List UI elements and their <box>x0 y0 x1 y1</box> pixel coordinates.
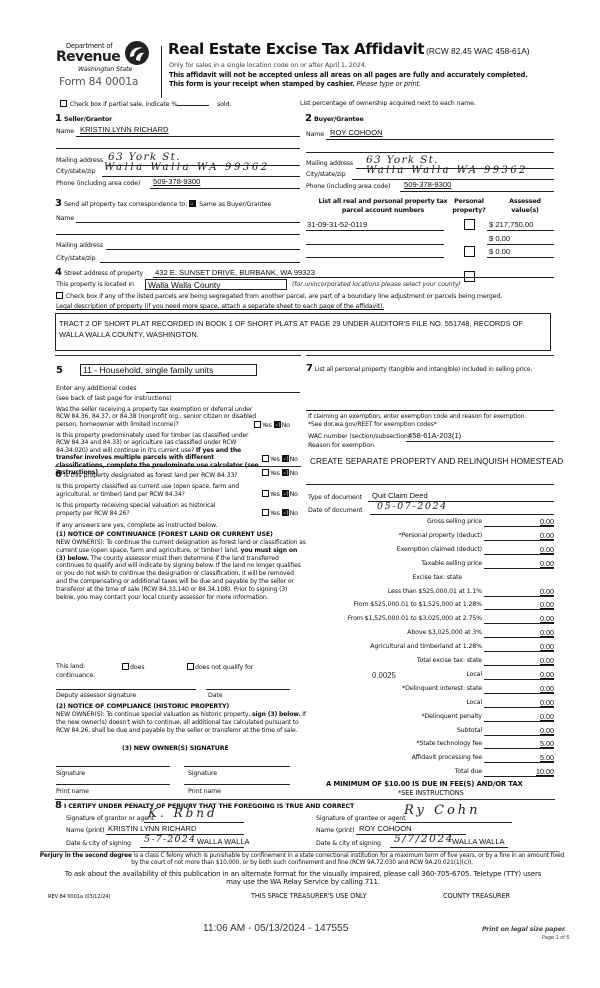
exemption-no-checkbox[interactable] <box>274 421 281 428</box>
deputy-signature-field[interactable] <box>56 689 196 690</box>
tax-row: Subtotal0.00 <box>300 727 560 737</box>
revenue-swirl-icon <box>124 40 150 66</box>
partial-sale-sold: sold. <box>217 101 231 108</box>
new-owner-signature-1[interactable] <box>56 766 170 767</box>
correspondence-name-label: Name <box>56 215 74 223</box>
timber-no-checkbox[interactable] <box>282 455 289 462</box>
grantor-signature-field[interactable]: K. Rbnd <box>148 806 218 820</box>
same-as-buyer-checkbox[interactable] <box>189 200 196 207</box>
yes-label: Yes <box>270 510 280 517</box>
new-owner-print-1[interactable] <box>56 784 170 785</box>
historic-question: Is this property receiving special valua… <box>56 502 236 517</box>
recording-stamp: 11:06 AM - 05/13/2024 - 147555 <box>203 923 348 935</box>
additional-codes-label: Enter any additional codes <box>56 385 136 393</box>
forest-yes-checkbox[interactable] <box>262 469 269 476</box>
tax-row: Total excise tax: state0.00 <box>300 657 560 667</box>
no-label: No <box>290 470 298 477</box>
seller-phone-label: Phone (including area code) <box>56 180 140 188</box>
grantor-name-field[interactable]: KRISTIN LYNN RICHARD <box>108 824 196 833</box>
tax-row-label: Excise tax: state <box>412 574 462 582</box>
does-not-option: does not qualify for <box>187 663 253 672</box>
use-code-value: 11 - Household, single family units <box>83 365 213 375</box>
correspondence-mailing-field[interactable] <box>106 249 300 250</box>
tax-row-value[interactable]: 0.00 <box>540 657 554 666</box>
minimum-note: A MINIMUM OF $10.00 IS DUE IN FEE(S) AND… <box>326 780 523 788</box>
legal-description-text: TRACT 2 OF SHORT PLAT RECORDED IN BOOK 1… <box>59 318 546 340</box>
wac-label: WAC number (section/subsection) <box>308 433 410 441</box>
seller-heading: 1 Seller/Grantor <box>55 113 112 125</box>
notice1-text: NEW OWNER(S): To continue the current de… <box>56 539 306 601</box>
subtitle-line3: This form is your receipt when stamped b… <box>169 80 421 88</box>
reason-label: Reason for exemption <box>308 442 374 450</box>
new-owner-signature-2[interactable] <box>184 766 290 767</box>
additional-codes-note: (see back of last page for instructions) <box>56 395 172 403</box>
property-address-field[interactable]: 432 E. SUNSET DRIVE, BURBANK, WA 99323 <box>155 268 315 277</box>
signature-label-2: Signature <box>188 770 217 778</box>
doc-date-field[interactable]: 05-07-2024 <box>377 501 448 512</box>
subtitle-receipt: This form is your receipt when stamped b… <box>169 80 354 88</box>
tax-row: Agricultural and timberland at 1.28%0.00 <box>300 643 560 653</box>
tax-row-label: Subtotal <box>457 727 482 735</box>
form-citation: (RCW 82.45 WAC 458-61A) <box>426 46 529 56</box>
tax-row-label: Less than $525,000.01 at 1.1% <box>388 588 482 596</box>
current-use-question: Is this property classified as current u… <box>56 483 246 498</box>
parcel-row: 31-09-31-52-0119$ 217,750.00 <box>0 0 600 13</box>
tax-row-label: Agricultural and timberland at 1.28% <box>370 643 482 651</box>
tax-row: Affidavit processing fee5.00 <box>300 754 560 764</box>
tax-row-value[interactable]: 0.00 <box>540 685 554 694</box>
section-number-6: 6 <box>55 469 62 480</box>
grantor-signature-label: Signature of grantor or agent <box>66 815 154 823</box>
parcel-row: $ 0.00 <box>0 13 600 26</box>
tax-row: Exemption claimed (deduct)0.00 <box>300 546 560 556</box>
personal-property-checkbox[interactable] <box>464 246 475 257</box>
personal-property-header: Personal property? <box>452 198 486 215</box>
print-legal-note: Print on legal size paper. <box>482 926 566 934</box>
personal-property-checkbox[interactable] <box>464 219 475 230</box>
dor-logo: Department of Revenue Washington State F… <box>56 40 154 96</box>
assessed-value-field[interactable]: $ 0.00 <box>489 234 510 243</box>
agency-state: Washington State <box>78 66 132 74</box>
additional-codes-field[interactable] <box>146 392 300 393</box>
timber-yes-no: Yes No <box>262 455 298 464</box>
exemption-yes-no: Yes No <box>254 421 290 430</box>
county-value: Walla Walla County <box>148 280 220 290</box>
legal-description-label: Legal description of property (if you ne… <box>56 303 384 311</box>
segregated-checkbox[interactable] <box>56 292 63 299</box>
personal-property-row: 7 List all personal property (tangible a… <box>306 365 554 373</box>
subtitle-line1: Only for sales in a single location code… <box>169 62 367 70</box>
new-owner-print-2[interactable] <box>184 784 290 785</box>
tax-row-value[interactable]: 5.00 <box>540 740 554 749</box>
deputy-date-field[interactable] <box>206 689 290 690</box>
correspondence-name-field[interactable] <box>76 222 300 223</box>
yes-label: Yes <box>262 422 272 429</box>
see-instructions: *SEE INSTRUCTIONS <box>398 789 464 797</box>
forest-no-checkbox[interactable] <box>282 469 289 476</box>
yes-label: Yes <box>270 456 280 463</box>
notice1-title: (1) NOTICE OF CONTINUANCE (FOREST LAND O… <box>56 531 273 539</box>
segregated-row: Check box if any of the listed parcels a… <box>56 292 502 301</box>
section-number-7: 7 <box>306 363 313 374</box>
tax-row-value[interactable]: 5.00 <box>540 754 554 763</box>
seller-name-label: Name <box>56 128 74 136</box>
form-title-row: Real Estate Excise Tax Affidavit (RCW 82… <box>168 40 530 58</box>
tax-row-value[interactable]: 0.00 <box>540 588 554 597</box>
correspondence-city-label: City/state/zip <box>56 255 96 263</box>
partial-sale-percent-field[interactable] <box>177 105 209 106</box>
parcel-number-field[interactable]: 31-09-31-52-0119 <box>307 220 367 229</box>
tax-row-label: From $1,525,000.01 to $3,025,000 at 2.75… <box>348 615 482 623</box>
exemption-note: If claiming an exemption, enter exemptio… <box>308 413 538 430</box>
current-use-no-checkbox[interactable] <box>282 490 289 497</box>
alt-format-notice: To ask about the availability of this pu… <box>58 871 548 886</box>
tax-row-value[interactable]: 0.00 <box>540 727 554 736</box>
grantor-date-label: Date & city of signing <box>66 840 131 848</box>
legal-description-field[interactable]: TRACT 2 OF SHORT PLAT RECORDED IN BOOK 1… <box>55 313 551 351</box>
perjury-bold: Perjury in the second degree <box>40 853 132 859</box>
county-select[interactable]: Walla Walla County <box>145 279 287 290</box>
notice2-text: NEW OWNER(S): To continue special valuat… <box>56 711 306 734</box>
seller-city-label: City/state/zip <box>56 168 96 176</box>
forest-question: Is this property designated as forest la… <box>64 472 238 479</box>
tax-row-label: From $525,000.01 to $1,525,000 at 1.28% <box>353 601 482 609</box>
tax-row-value[interactable]: 0.00 <box>540 643 554 652</box>
buyer-mailing-label: Mailing address <box>306 160 353 168</box>
personal-property-label: List all personal property (tangible and… <box>315 366 533 373</box>
tax-row-value[interactable]: 0.00 <box>540 713 554 722</box>
buyer-phone-label: Phone (including area code) <box>306 183 390 191</box>
notice1-text-b: The county assessor must then determine … <box>56 555 301 601</box>
grantor-date-field[interactable]: 5-7-2024 <box>144 834 196 845</box>
tax-row-label: Above $3,025,000 at 3% <box>407 629 482 637</box>
tax-row-label: *Delinquent interest: state <box>402 685 482 693</box>
assessed-value-field[interactable]: $ 0.00 <box>489 247 510 256</box>
does-option: does <box>122 663 144 672</box>
tax-row-value[interactable]: 0.00 <box>540 699 554 708</box>
no-label: No <box>282 422 290 429</box>
buyer-city-label: City/state/zip <box>306 171 346 179</box>
header-divider <box>161 46 162 98</box>
assessed-value-field[interactable]: $ 217,750.00 <box>489 220 533 229</box>
tax-row-label: Local <box>466 699 482 707</box>
personal-property-field[interactable] <box>306 410 554 411</box>
historic-yes-checkbox[interactable] <box>262 509 269 516</box>
current-use-yes-checkbox[interactable] <box>262 490 269 497</box>
no-label: No <box>290 510 298 517</box>
historic-yes-no: Yes No <box>262 509 298 518</box>
tax-row-value[interactable]: 0.00 <box>540 560 554 569</box>
yes-label: Yes <box>270 470 280 477</box>
notice3-title: (3) NEW OWNER(S) SIGNATURE <box>122 745 229 753</box>
tax-row-label: *State technology fee <box>416 740 482 748</box>
doc-type-field[interactable]: Quit Claim Deed <box>372 491 428 500</box>
tax-row: Gross selling price0.00 <box>300 518 560 528</box>
tax-row-label: *Delinquent penalty <box>421 713 482 721</box>
segregated-label: Check box if any of the listed parcels a… <box>66 293 502 300</box>
subtitle-type-print: Please type or print. <box>356 80 421 88</box>
county-treasurer-label: COUNTY TREASURER <box>443 893 510 901</box>
print-name-label-1: Print name <box>56 788 89 796</box>
assessed-header: Assessed value(s) <box>500 198 550 215</box>
buyer-phone-field[interactable]: 509-378-9300 <box>404 180 451 189</box>
partial-sale-row: Check box if partial sale, indicate % so… <box>60 100 231 109</box>
tax-row-value[interactable]: 0.00 <box>540 601 554 610</box>
buyer-name-label: Name <box>306 131 324 139</box>
notice2-text-bold: sign (3) below. <box>252 711 301 718</box>
located-in-label: This property is located in <box>56 281 134 289</box>
section-number-1: 1 <box>55 113 62 124</box>
tax-row: *Delinquent interest: state0.00 <box>300 685 560 695</box>
grantee-date-field[interactable]: 5/7/2024 <box>394 833 454 846</box>
parcel-header: List all real and personal property tax … <box>308 198 458 215</box>
tax-row: Excise tax: state <box>300 574 560 584</box>
buyer-heading: 2 Buyer/Grantee <box>305 113 364 125</box>
subtitle-line2: This affidavit will not be accepted unle… <box>169 71 528 79</box>
no-label: No <box>290 491 298 498</box>
grantee-city-field[interactable]: WALLA WALLA <box>452 837 505 846</box>
tax-row: Local0.00 <box>300 699 560 709</box>
buyer-heading-label: Buyer/Grantee <box>314 116 364 123</box>
tax-row-value[interactable]: 0.00 <box>540 671 554 680</box>
tax-row-label: *Personal property (deduct) <box>398 532 482 540</box>
grantee-signature-label: Signature of grantee or agent <box>316 815 405 823</box>
timber-yes-checkbox[interactable] <box>262 455 269 462</box>
does-label: does <box>130 664 144 671</box>
tax-row: Above $3,025,000 at 3%0.00 <box>300 629 560 639</box>
doc-date-label: Date of document <box>308 507 363 515</box>
local-rate-value: 0.0025 <box>372 671 396 680</box>
tax-row: *Personal property (deduct)0.00 <box>300 532 560 542</box>
agency-name: Revenue <box>56 49 120 66</box>
tax-row-value[interactable]: 10.00 <box>536 768 554 777</box>
tax-row-label: Exemption claimed (deduct) <box>397 546 482 554</box>
partial-sale-label: Check box if partial sale, indicate % <box>70 101 177 108</box>
partial-sale-checkbox[interactable] <box>60 100 67 107</box>
does-checkbox[interactable] <box>122 663 129 670</box>
tax-row-label: Local <box>466 671 482 679</box>
historic-no-checkbox[interactable] <box>282 509 289 516</box>
buyer-name-field[interactable]: ROY COHOON <box>330 128 383 137</box>
tax-row: Local0.000.0025 <box>300 671 560 681</box>
signature-label-1: Signature <box>56 770 85 778</box>
doc-type-label: Type of document <box>308 494 362 502</box>
tax-row: From $525,000.01 to $1,525,000 at 1.28%0… <box>300 601 560 611</box>
same-as-buyer-label: Same as Buyer/Grantee <box>199 201 271 208</box>
does-not-checkbox[interactable] <box>187 663 194 670</box>
notice2-title: (2) NOTICE OF COMPLIANCE (HISTORIC PROPE… <box>56 703 229 711</box>
this-land-label: This land: <box>56 663 85 671</box>
if-yes-note: If any answers are yes, complete as inst… <box>56 522 217 530</box>
grantee-name-field[interactable]: ROY COHOON <box>359 824 412 833</box>
county-note: (for unincorporated locations please sel… <box>292 281 461 289</box>
tax-row: Taxable selling price0.00 <box>300 560 560 570</box>
deputy-signature-label: Deputy assessor signature <box>56 692 136 700</box>
tax-row-label: Total excise tax: state <box>417 657 482 665</box>
no-label: No <box>290 456 298 463</box>
tax-row-label: Gross selling price <box>427 518 482 526</box>
tax-row-value[interactable]: 0.00 <box>540 546 554 555</box>
form-number: Form 84 0001a <box>59 76 138 89</box>
grantee-date-label: Date & city of signing <box>316 840 381 848</box>
seller-city-field[interactable]: Walla Walla WA 99362 <box>104 162 270 174</box>
seller-name-field[interactable]: KRISTIN LYNN RICHARD <box>80 125 168 134</box>
correspondence-label: Send all property tax correspondence to: <box>64 201 187 208</box>
forest-question-row: 6 Is this property designated as forest … <box>55 469 238 481</box>
revision-label: REV 84 0001a (03/12/24) <box>48 894 110 900</box>
section-number-5: 5 <box>56 365 63 377</box>
perjury-text: is a class C felony which is punishable … <box>131 853 564 866</box>
tax-row-value[interactable]: 0.00 <box>540 532 554 541</box>
perjury-notice: Perjury in the second degree is a class … <box>38 853 566 867</box>
section-number-8: 8 <box>55 800 62 811</box>
tax-row-value[interactable]: 0.00 <box>540 629 554 638</box>
current-use-yes-no: Yes No <box>262 490 298 499</box>
exemption-question: Was the seller receiving a property tax … <box>56 406 262 428</box>
property-address-row: 4 Street address of property <box>55 267 143 279</box>
print-name-label-2: Print name <box>188 788 221 796</box>
ownership-note: List percentage of ownership acquired ne… <box>300 100 476 108</box>
seller-phone-field[interactable]: 509-378-9300 <box>153 177 200 186</box>
property-address-label: Street address of property <box>64 270 143 277</box>
grantee-signature-field[interactable]: Ry Cohn <box>404 803 481 819</box>
wac-field[interactable]: 458-61A-203(1) <box>408 431 461 440</box>
reason-field[interactable]: CREATE SEPARATE PROPERTY AND RELINQUISH … <box>310 457 563 467</box>
tax-row: *State technology fee5.00 <box>300 740 560 750</box>
tax-row-value[interactable]: 0.00 <box>540 518 554 527</box>
section-number-2: 2 <box>305 113 312 124</box>
grantee-name-label: Name (print) <box>316 827 355 835</box>
yes-label: Yes <box>270 491 280 498</box>
exemption-yes-checkbox[interactable] <box>254 421 261 428</box>
notice2-text-a: NEW OWNER(S): To continue special valuat… <box>56 711 250 718</box>
seller-heading-label: Seller/Grantor <box>64 116 112 123</box>
tax-row-value[interactable]: 0.00 <box>540 615 554 624</box>
tax-row-label: Taxable selling price <box>421 560 482 568</box>
treasurer-use-label: THIS SPACE TREASURER'S USE ONLY <box>251 893 367 901</box>
section-number-4: 4 <box>55 267 62 278</box>
tax-row: *Delinquent penalty0.00 <box>300 713 560 723</box>
deputy-date-label: Date <box>208 692 222 700</box>
correspondence-city-field[interactable] <box>100 262 300 263</box>
use-code-select[interactable]: 11 - Household, single family units <box>80 364 257 376</box>
does-not-label: does not qualify for <box>195 664 253 671</box>
seller-mailing-label: Mailing address <box>56 157 103 165</box>
tax-row: From $1,525,000.01 to $3,025,000 at 2.75… <box>300 615 560 625</box>
grantor-name-label: Name (print) <box>66 827 105 835</box>
tax-row: Less than $525,000.01 at 1.1%0.00 <box>300 588 560 598</box>
section-number-3: 3 <box>55 198 62 209</box>
forest-yes-no: Yes No <box>262 469 298 478</box>
tax-row-label: Total due <box>455 768 482 776</box>
grantor-city-field[interactable]: WALLA WALLA <box>197 837 250 846</box>
correspondence-mailing-label: Mailing address <box>56 242 103 250</box>
form-title: Real Estate Excise Tax Affidavit <box>168 40 424 58</box>
buyer-city-field[interactable]: Walla Walla WA 99362 <box>366 165 528 177</box>
page-number: Page 1 of 6 <box>542 935 569 941</box>
continuance-label: continuance. <box>56 672 95 680</box>
tax-row-label: Affidavit processing fee <box>412 754 482 762</box>
parcel-row: $ 0.00 <box>0 25 600 38</box>
tax-row: Total due10.00 <box>300 768 560 778</box>
correspondence-heading: 3 Send all property tax correspondence t… <box>55 198 271 210</box>
